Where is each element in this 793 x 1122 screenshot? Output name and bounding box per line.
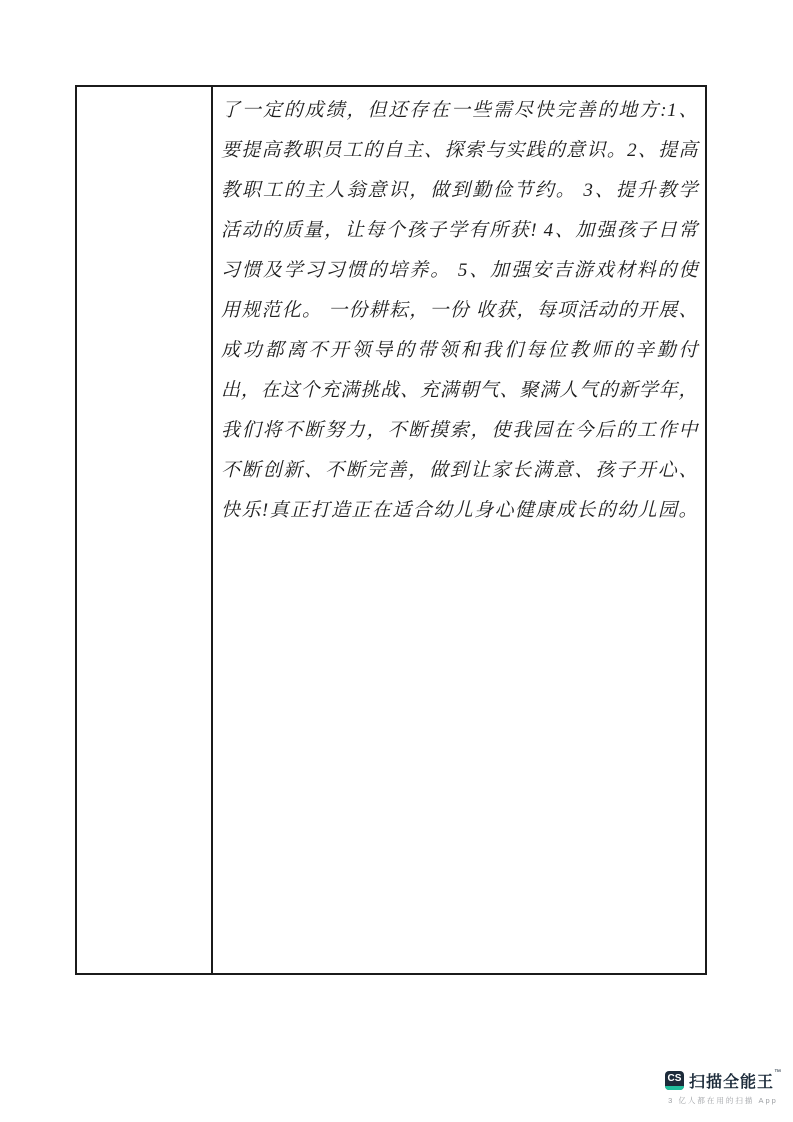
camscanner-brand-row: CS 扫描全能王™ (665, 1069, 781, 1092)
camscanner-logo-icon: CS (665, 1071, 684, 1090)
table-cell-left-empty (77, 87, 213, 973)
brand-name: 扫描全能王™ (689, 1069, 781, 1092)
text-line: 习惯及学习习惯的培养。 5、加强安吉游戏材料的使 (221, 251, 698, 291)
camscanner-icon-letters: CS (665, 1071, 684, 1086)
brand-name-text: 扫描全能王 (689, 1074, 774, 1091)
text-line: 成功都离不开领导的带领和我们每位教师的辛勤付 (221, 331, 698, 371)
camscanner-watermark: CS 扫描全能王™ 3 亿人都在用的扫描 App (665, 1069, 781, 1106)
table-cell-content: 了一定的成绩，但还存在一些需尽快完善的地方:1、 要提高教职员工的自主、探索与实… (213, 87, 705, 973)
brand-tagline: 3 亿人都在用的扫描 App (668, 1095, 778, 1106)
scanned-document-page: 了一定的成绩，但还存在一些需尽快完善的地方:1、 要提高教职员工的自主、探索与实… (0, 0, 793, 1122)
document-table: 了一定的成绩，但还存在一些需尽快完善的地方:1、 要提高教职员工的自主、探索与实… (75, 85, 707, 975)
camscanner-icon-accent-bar (665, 1086, 684, 1090)
trademark-symbol: ™ (774, 1069, 781, 1076)
text-line: 了一定的成绩，但还存在一些需尽快完善的地方:1、 (221, 91, 698, 131)
text-line: 不断创新、不断完善，做到让家长满意、孩子开心、 (221, 451, 698, 491)
text-line: 活动的质量，让每个孩子学有所获! 4、加强孩子日常 (221, 211, 698, 251)
text-line: 我们将不断努力，不断摸索，使我园在今后的工作中 (221, 411, 698, 451)
text-line: 出，在这个充满挑战、充满朝气、聚满人气的新学年， (221, 371, 698, 411)
text-line: 要提高教职员工的自主、探索与实践的意识。2、提高 (221, 131, 698, 171)
text-line: 教职工的主人翁意识，做到勤俭节约。 3、提升教学 (221, 171, 698, 211)
text-line: 快乐!真正打造正在适合幼儿身心健康成长的幼儿园。 (221, 491, 698, 531)
text-line: 用规范化。 一份耕耘，一份 收获，每项活动的开展、 (221, 291, 698, 331)
